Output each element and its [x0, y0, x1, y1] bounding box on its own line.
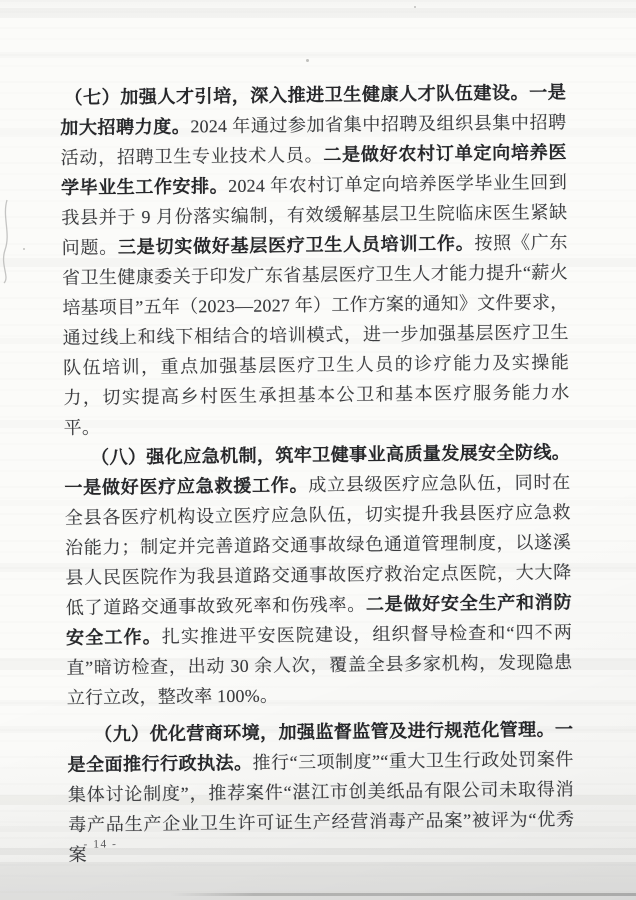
document-body: （七）加强人才引培，深入推进卫生健康人才队伍建设。一是加大招聘力度。2024 年… [60, 77, 575, 870]
section-8-emergency: （八）强化应急机制，筑牢卫健事业高质量发展安全防线。一是做好医疗应急救援工作。成… [64, 437, 573, 713]
document-content: （七）加强人才引培，深入推进卫生健康人才队伍建设。一是加大招聘力度。2024 年… [60, 77, 575, 870]
scanned-document-page: （七）加强人才引培，深入推进卫生健康人才队伍建设。一是加大招聘力度。2024 年… [0, 0, 636, 900]
text-segment: 按照《广东省卫生健康委关于印发广东省基层医疗卫生人才能力提升“薪火培基项目”五年… [62, 232, 570, 438]
page-skew-layer: （七）加强人才引培，深入推进卫生健康人才队伍建设。一是加大招聘力度。2024 年… [0, 0, 636, 900]
section-7-talent: （七）加强人才引培，深入推进卫生健康人才队伍建设。一是加大招聘力度。2024 年… [60, 77, 570, 443]
text-segment-bold: 三是切实做好基层医疗卫生人员培训工作。 [118, 233, 475, 257]
page-number: - 14 - [83, 838, 117, 850]
section-9-regulation: （九）优化营商环境，加强监督监管及进行规范化管理。一是全面推行行政执法。推行“三… [67, 714, 575, 870]
